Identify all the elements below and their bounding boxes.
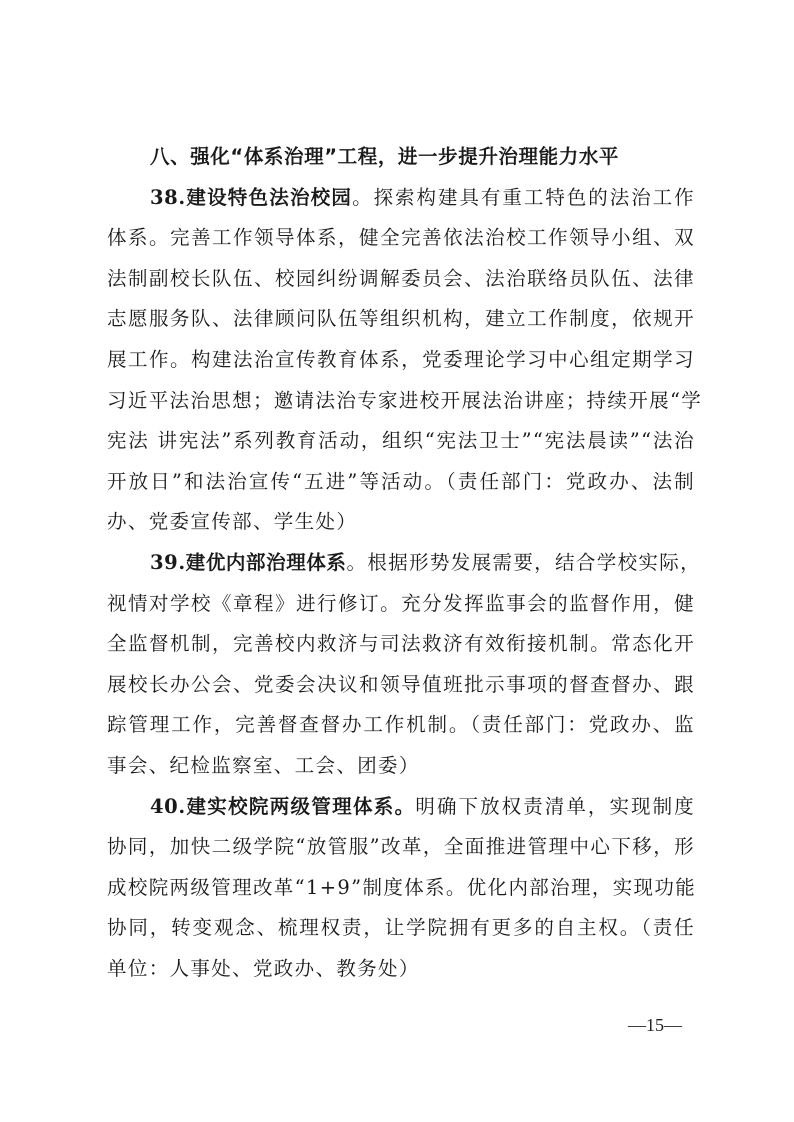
item-39-line: 事会、纪检监察室、工会、团委）: [107, 746, 695, 787]
item-38-line: 宪法 讲宪法”系列教育活动，组织“宪法卫士”“宪法晨读”“法治: [107, 421, 695, 462]
item-38-line: 志愿服务队、法律顾问队伍等组织机构，建立工作制度，依规开: [107, 299, 695, 340]
item-40-first-line: 40.建实校院两级管理体系。明确下放权责清单，实现制度: [107, 787, 695, 828]
item-38-text: 。探索构建具有重工特色的法治工作: [352, 186, 695, 209]
item-39-text: 。根据形势发展需要，结合学校实际，: [347, 551, 701, 574]
item-39-title: 39.建优内部治理体系: [150, 551, 347, 574]
item-38-line: 体系。完善工作领导体系，健全完善依法治校工作领导小组、双: [107, 218, 695, 259]
page-content: 八、强化“体系治理”工程，进一步提升治理能力水平 38.建设特色法治校园。探索构…: [107, 137, 695, 989]
item-40-line: 单位：人事处、党政办、教务处）: [107, 949, 695, 990]
page-number: —15—: [628, 1015, 682, 1036]
item-39-first-line: 39.建优内部治理体系。根据形势发展需要，结合学校实际，: [107, 543, 695, 584]
item-38-line: 办、党委宣传部、学生处）: [107, 502, 695, 543]
item-40-title: 40.建实校院两级管理体系。: [150, 795, 415, 818]
item-39-line: 全监督机制，完善校内救济与司法救济有效衔接机制。常态化开: [107, 624, 695, 665]
item-40-line: 成校院两级管理改革“1+9”制度体系。优化内部治理，实现功能: [107, 868, 695, 909]
item-38-line: 习近平法治思想；邀请法治专家进校开展法治讲座；持续开展“学: [107, 381, 695, 422]
item-39-line: 视情对学校《章程》进行修订。充分发挥监事会的监督作用，健: [107, 584, 695, 625]
section-heading: 八、强化“体系治理”工程，进一步提升治理能力水平: [107, 137, 695, 178]
item-39-line: 展校长办公会、党委会决议和领导值班批示事项的督查督办、跟: [107, 665, 695, 706]
document-page: 八、强化“体系治理”工程，进一步提升治理能力水平 38.建设特色法治校园。探索构…: [0, 0, 794, 1122]
item-39-line: 踪管理工作，完善督查督办工作机制。（责任部门：党政办、监: [107, 705, 695, 746]
item-38-line: 开放日”和法治宣传“五进”等活动。（责任部门：党政办、法制: [107, 462, 695, 503]
item-38-line: 法制副校长队伍、校园纠纷调解委员会、法治联络员队伍、法律: [107, 259, 695, 300]
item-38-title: 38.建设特色法治校园: [150, 186, 352, 209]
item-40-line: 协同，加快二级学院“放管服”改革，全面推进管理中心下移，形: [107, 827, 695, 868]
item-38-line: 展工作。构建法治宣传教育体系，党委理论学习中心组定期学习: [107, 340, 695, 381]
item-38-first-line: 38.建设特色法治校园。探索构建具有重工特色的法治工作: [107, 178, 695, 219]
item-40-line: 协同，转变观念、梳理权责，让学院拥有更多的自主权。（责任: [107, 908, 695, 949]
item-40-text: 明确下放权责清单，实现制度: [415, 795, 695, 818]
